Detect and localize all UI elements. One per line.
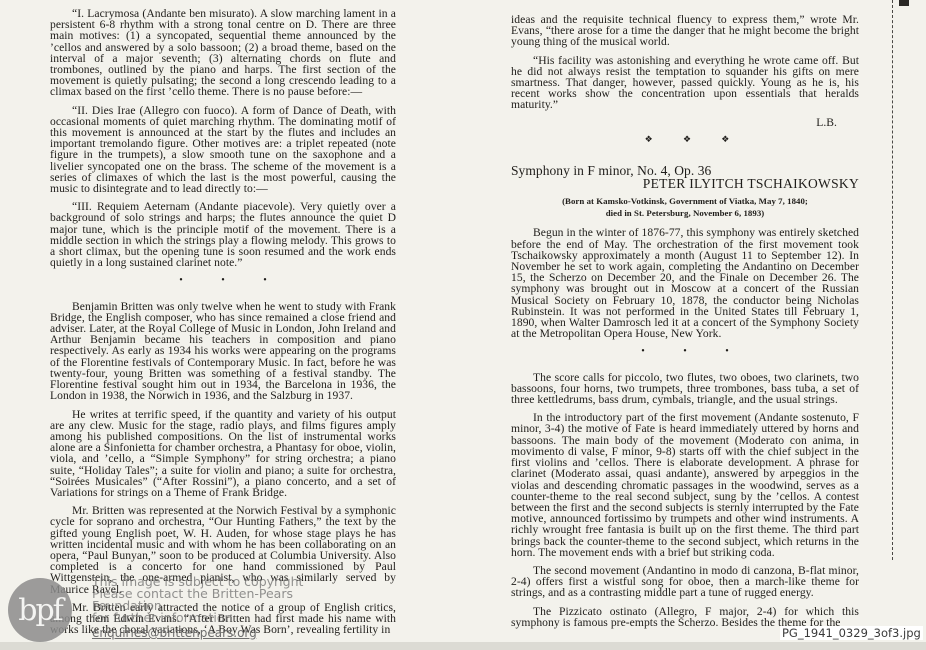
evans-quote: “His facility was astonishing and everyt… bbox=[511, 55, 859, 111]
symphony-history: Begun in the winter of 1876-77, this sym… bbox=[511, 227, 859, 339]
filename-label: PG_1941_0329_3of3.jpg bbox=[780, 626, 923, 640]
left-column: “I. Lacrymosa (Andante ben misurato). A … bbox=[50, 8, 396, 642]
piece-title: Symphony in F minor, No. 4, Op. 36 bbox=[511, 165, 859, 176]
composer-name: PETER ILYITCH TSCHAIKOWSKY bbox=[511, 178, 859, 189]
author-signature: L.B. bbox=[511, 117, 837, 128]
evans-quote-continuation: ideas and the requisite technical fluenc… bbox=[511, 14, 859, 48]
born-line: (Born at Kamsko-Votkinsk, Government of … bbox=[511, 195, 859, 207]
section-separator: • • • bbox=[511, 346, 859, 357]
copyright-notice: This image is subject to copyright Pleas… bbox=[92, 576, 352, 624]
scanned-page: “I. Lacrymosa (Andante ben misurato). A … bbox=[0, 0, 926, 642]
scan-bottom-border bbox=[0, 642, 926, 650]
diamond-separator: ❖ ❖ ❖ bbox=[511, 134, 859, 145]
enquiries-email-link[interactable]: enquiries@brittenpears.org bbox=[92, 626, 257, 640]
contact-line: Please contact the Britten-Pears Foundat… bbox=[92, 588, 352, 612]
page-edge-mark bbox=[899, 0, 909, 6]
movement-1-description: “I. Lacrymosa (Andante ben misurato). A … bbox=[50, 8, 396, 98]
analysis-paragraph: The Pizzicato ostinato (Allegro, F major… bbox=[511, 606, 859, 628]
copyright-watermark: bpf This image is subject to copyright P… bbox=[8, 578, 308, 642]
analysis-paragraph: The score calls for piccolo, two flutes,… bbox=[511, 372, 859, 406]
composer-dates: (Born at Kamsko-Votkinsk, Government of … bbox=[511, 195, 859, 219]
bio-paragraph: Benjamin Britten was only twelve when he… bbox=[50, 301, 396, 402]
bio-paragraph: He writes at terrific speed, if the quan… bbox=[50, 409, 396, 499]
analysis-paragraph: In the introductory part of the first mo… bbox=[511, 412, 859, 558]
section-separator: • • • bbox=[50, 275, 396, 286]
right-column: ideas and the requisite technical fluenc… bbox=[511, 14, 859, 635]
died-line: died in St. Petersburg, November 6, 1893… bbox=[511, 207, 859, 219]
info-line: for further information bbox=[92, 612, 352, 624]
bpf-logo-icon: bpf bbox=[8, 578, 72, 642]
movement-2-description: “II. Dies Irae (Allegro con fuoco). A fo… bbox=[50, 105, 396, 195]
page-edge-perforation bbox=[892, 0, 893, 560]
analysis-paragraph: The second movement (Andantino in modo d… bbox=[511, 565, 859, 599]
movement-3-description: “III. Requiem Aeternam (Andante piacevol… bbox=[50, 201, 396, 268]
